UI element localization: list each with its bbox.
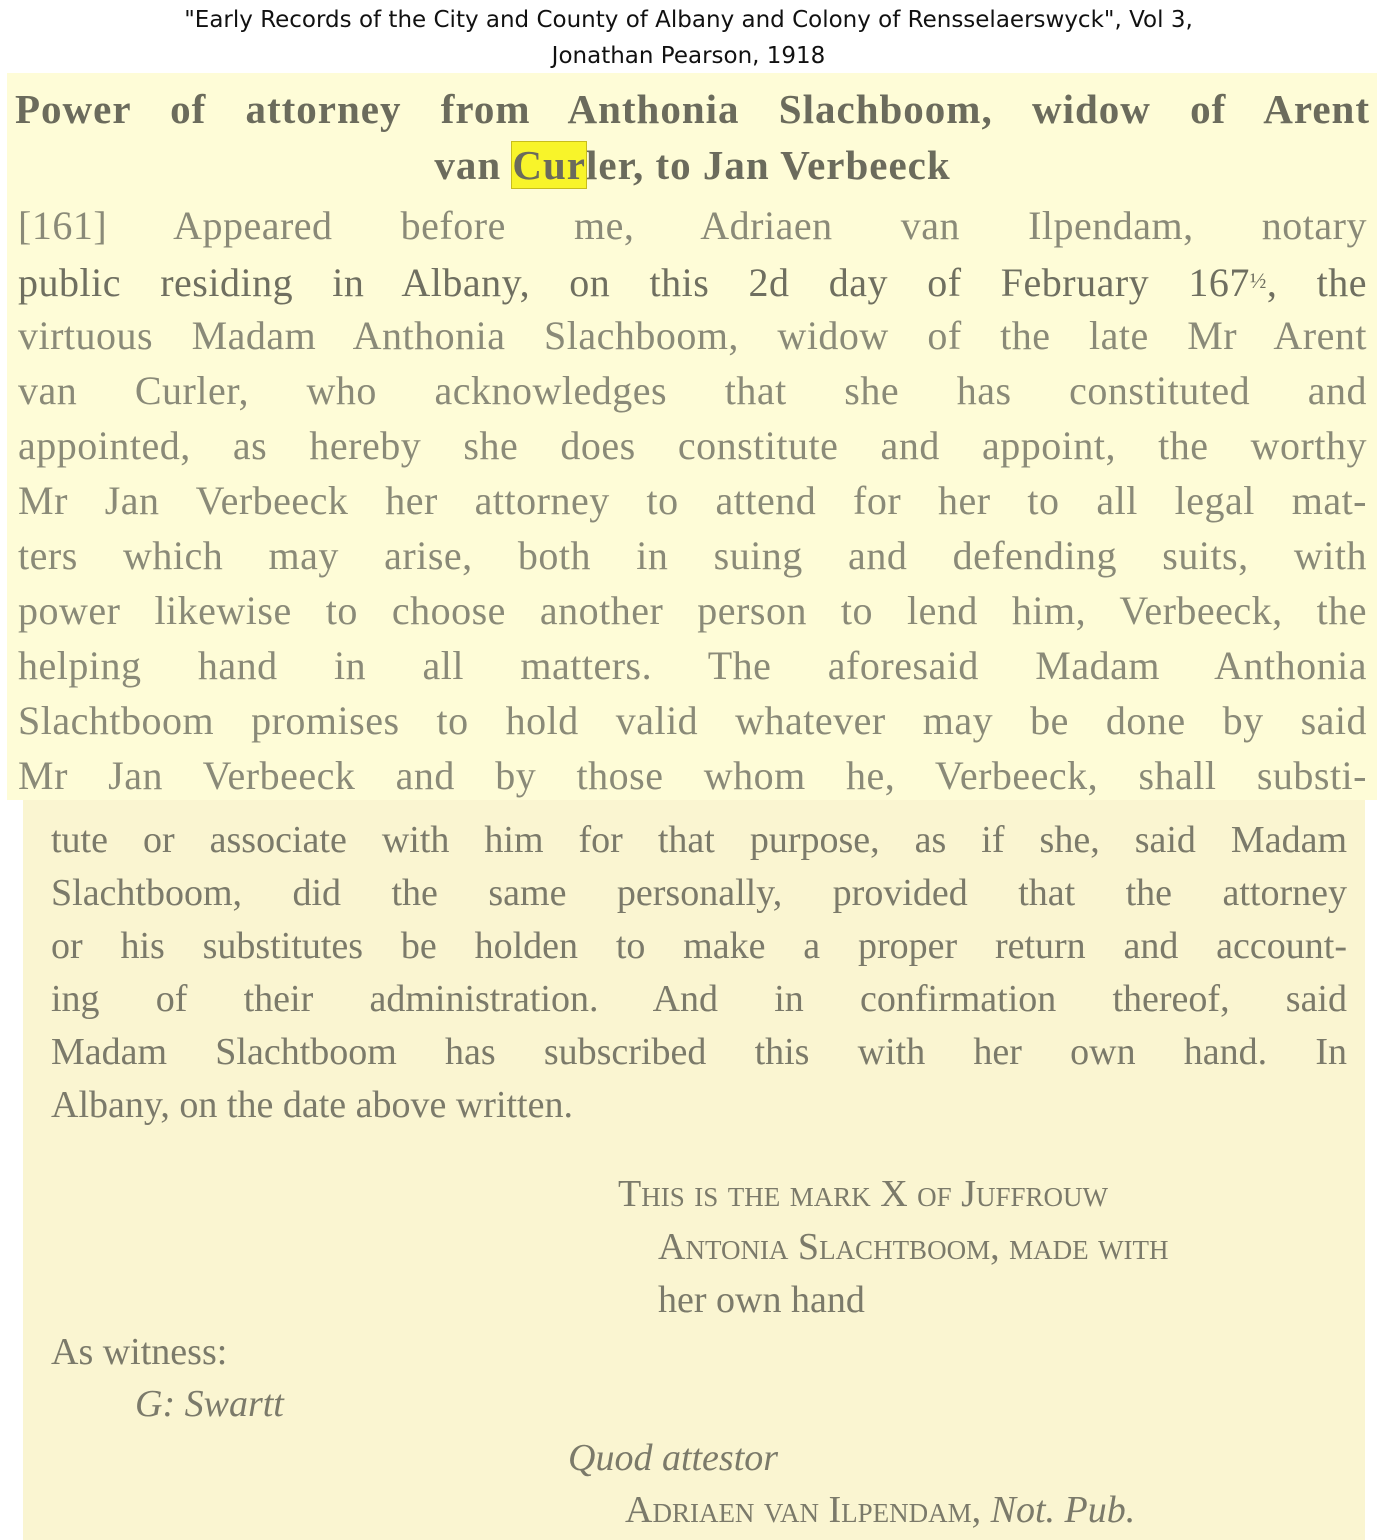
body-line: or his substitutes be holden to make a p… xyxy=(51,920,1347,973)
witness-label: As witness: xyxy=(51,1326,227,1379)
body-line: Slachtboom promises to hold valid whatev… xyxy=(18,693,1367,748)
attestation-phrase: Quod attestor xyxy=(568,1432,778,1485)
body-line: power likewise to choose another person … xyxy=(18,583,1367,638)
body-line: Mr Jan Verbeeck her attorney to attend f… xyxy=(18,473,1367,528)
title-line-1: Power of attorney from Anthonia Slachboo… xyxy=(15,81,1370,137)
notary-signature: Adriaen van Ilpendam, Not. Pub. xyxy=(625,1484,1135,1537)
body-line: helping hand in all matters. The aforesa… xyxy=(18,638,1367,693)
title-line-2-post: ler, to Jan Verbeeck xyxy=(586,142,951,188)
body-line: virtuous Madam Anthonia Slachboom, widow… xyxy=(18,308,1367,363)
body-line: Mr Jan Verbeeck and by those whom he, Ve… xyxy=(18,748,1367,803)
body-line: ing of their administration. And in conf… xyxy=(51,973,1347,1026)
body-line: van Curler, who acknowledges that she ha… xyxy=(18,363,1367,418)
document-page-bottom: tute or associate with him for that purp… xyxy=(23,800,1365,1540)
body-line: ters which may arise, both in suing and … xyxy=(18,528,1367,583)
document-title: Power of attorney from Anthonia Slachboo… xyxy=(15,81,1370,193)
body-line: tute or associate with him for that purp… xyxy=(51,814,1347,867)
witness-name: G: Swartt xyxy=(135,1378,284,1431)
body-line: Madam Slachtboom has subscribed this wit… xyxy=(51,1026,1347,1079)
mark-line-2: Antonia Slachtboom, made with xyxy=(658,1221,1169,1274)
document-page-top: Power of attorney from Anthonia Slachboo… xyxy=(7,73,1377,800)
body-line: [161] Appeared before me, Adriaen van Il… xyxy=(18,198,1367,253)
body-paragraph-bottom: tute or associate with him for that purp… xyxy=(51,814,1347,1132)
notary-name: Adriaen van Ilpendam, xyxy=(625,1489,981,1531)
body-line: Slachtboom, did the same personally, pro… xyxy=(51,867,1347,920)
mark-line-1: This is the mark X of Juffrouw xyxy=(618,1168,1108,1221)
body-line: public residing in Albany, on this 2d da… xyxy=(18,253,1367,308)
source-caption: "Early Records of the City and County of… xyxy=(0,0,1377,75)
title-line-2-pre: van xyxy=(434,142,512,188)
search-highlight[interactable]: Cur xyxy=(512,142,586,188)
body-line: appointed, as hereby she does constitute… xyxy=(18,418,1367,473)
mark-line-3: her own hand xyxy=(658,1274,865,1327)
caption-line-2: Jonathan Pearson, 1918 xyxy=(0,38,1377,74)
title-line-2: van Curler, to Jan Verbeeck xyxy=(15,137,1370,193)
body-paragraph-top: [161] Appeared before me, Adriaen van Il… xyxy=(18,198,1367,803)
caption-line-1: "Early Records of the City and County of… xyxy=(0,2,1377,38)
notary-title: Not. Pub. xyxy=(991,1489,1136,1531)
body-line: Albany, on the date above written. xyxy=(51,1079,1347,1132)
date-fraction: ½ xyxy=(1250,268,1267,293)
